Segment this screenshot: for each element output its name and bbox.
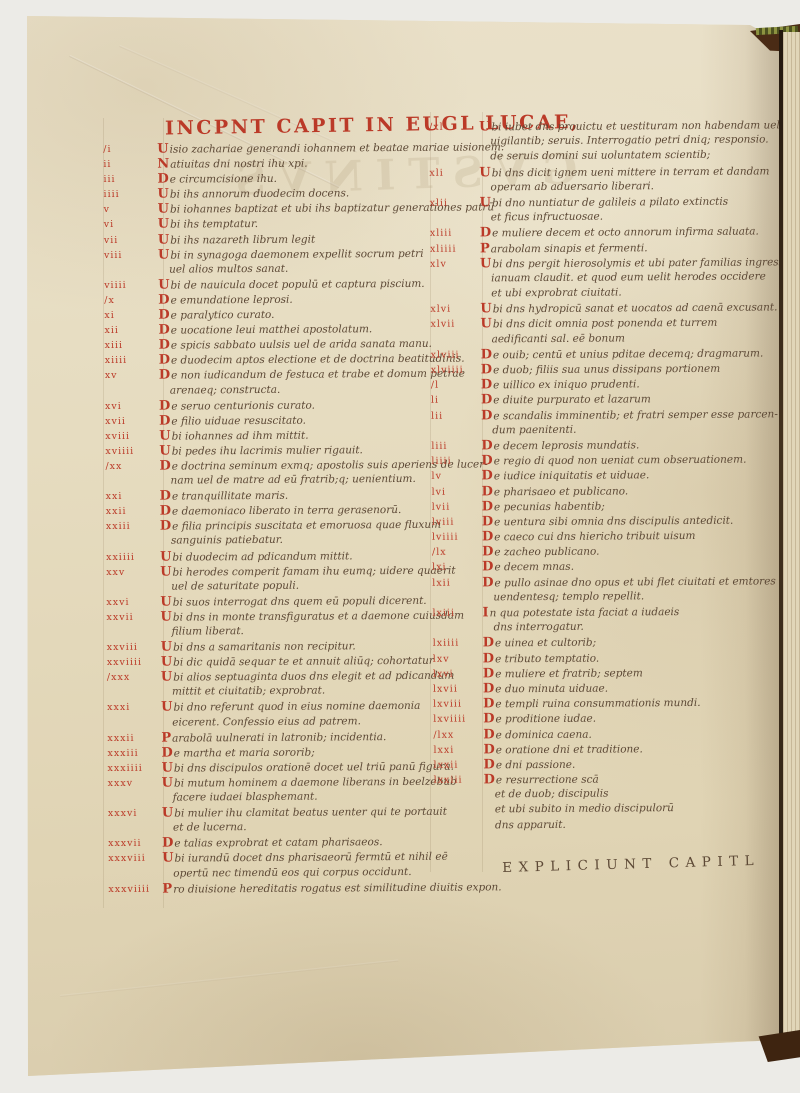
chapter-numeral: xv bbox=[105, 368, 159, 381]
page-content: GVSTINVS INCPNT CAPIT IN EUGL LUCAE, /iU… bbox=[0, 0, 800, 1093]
chapter-numeral: xxiiii bbox=[106, 549, 160, 562]
chapter-text-line: Ubi mutum hominem a daemone liberans in … bbox=[162, 773, 468, 790]
red-initial-letter: U bbox=[158, 217, 170, 232]
chapter-text: Pro diuisione hereditatis rogatus est si… bbox=[162, 879, 501, 896]
red-initial-letter: D bbox=[160, 519, 172, 534]
red-initial-letter: U bbox=[162, 851, 174, 866]
chapter-numeral: xviii bbox=[105, 428, 159, 441]
chapter-numeral: xlv bbox=[430, 256, 480, 269]
red-initial-letter: U bbox=[162, 776, 174, 791]
chapter-numeral: lvi bbox=[432, 484, 482, 497]
chapter-numeral: lxvi bbox=[433, 666, 483, 679]
chapter-numeral: xlii bbox=[430, 195, 480, 208]
red-initial-letter: D bbox=[481, 362, 493, 377]
chapter-numeral: xiii bbox=[105, 338, 159, 351]
red-initial-letter: D bbox=[483, 757, 495, 772]
red-initial-letter: U bbox=[158, 232, 170, 247]
chapter-entry: xlvUbi dns pergit hierosolymis et ubi pa… bbox=[430, 254, 790, 302]
red-initial-letter: D bbox=[159, 353, 171, 368]
chapter-text-line: dns apparuit. bbox=[484, 816, 794, 833]
red-initial-letter: D bbox=[481, 393, 493, 408]
chapter-numeral: lxi bbox=[432, 560, 482, 573]
chapter-text: De filia principis suscitata et emoruosa… bbox=[160, 517, 466, 549]
chapter-numeral: /l bbox=[431, 378, 481, 391]
chapter-numeral: xxvi bbox=[106, 594, 160, 607]
chapter-text-line: Pro diuisione hereditatis rogatus est si… bbox=[162, 879, 501, 896]
red-initial-letter: D bbox=[483, 651, 495, 666]
chapter-numeral: /xl bbox=[429, 119, 479, 132]
chapter-text: De pullo asinae dno opus et ubi flet ciu… bbox=[482, 573, 792, 606]
chapter-numeral: xxv bbox=[106, 564, 160, 577]
chapter-text: De scandalis imminentib; et fratri sempe… bbox=[481, 406, 791, 439]
red-initial-letter: D bbox=[158, 308, 170, 323]
chapter-numeral: xlvi bbox=[430, 302, 480, 315]
red-initial-letter: U bbox=[158, 202, 170, 217]
red-initial-letter: D bbox=[482, 529, 494, 544]
chapter-numeral: viii bbox=[104, 247, 158, 260]
red-initial-letter: U bbox=[160, 564, 172, 579]
red-initial-letter: D bbox=[159, 459, 171, 474]
chapter-numeral: /lxx bbox=[433, 727, 483, 740]
chapter-entry: /xxxUbi alios septuaginta duos dns elegi… bbox=[107, 668, 467, 701]
chapter-numeral: lxii bbox=[432, 575, 482, 588]
explicit-line: EXPLICIUNT CAPITL bbox=[502, 853, 760, 876]
chapter-text-line: De pullo asinae dno opus et ubi flet ciu… bbox=[482, 573, 792, 590]
chapter-entry: xxiiiDe filia principis suscitata et emo… bbox=[106, 517, 466, 550]
red-initial-letter: D bbox=[483, 727, 495, 742]
chapter-numeral: iiii bbox=[103, 187, 157, 200]
red-initial-letter: D bbox=[159, 338, 171, 353]
manuscript-photo: GVSTINVS INCPNT CAPIT IN EUGL LUCAE, /iU… bbox=[0, 0, 800, 1093]
chapter-numeral: xxxvi bbox=[108, 806, 162, 819]
chapter-numeral: lvii bbox=[432, 499, 482, 512]
chapter-entry: lxiiDe pullo asinae dno opus et ubi flet… bbox=[432, 573, 792, 606]
red-initial-letter: U bbox=[161, 670, 173, 685]
chapter-text: Ubi dns pergit hierosolymis et ubi pater… bbox=[480, 254, 796, 302]
chapter-text-line: Ubi herodes comperit famam ihu eumq; uid… bbox=[160, 562, 466, 579]
chapter-numeral: xxxv bbox=[108, 776, 162, 789]
red-initial-letter: U bbox=[160, 549, 172, 564]
chapter-text: De resurrectione scāet de duob; discipul… bbox=[484, 770, 794, 833]
chapter-entry: xxxvUbi mutum hominem a daemone liberans… bbox=[108, 773, 468, 806]
red-initial-letter: D bbox=[482, 484, 494, 499]
red-initial-letter: D bbox=[159, 368, 171, 383]
chapter-text: Ubi alios septuaginta duos dns elegit et… bbox=[161, 668, 467, 700]
chapter-numeral: xlviiii bbox=[431, 362, 481, 375]
chapter-entry: xliiUbi dno nuntiatur de galileis a pila… bbox=[430, 193, 790, 226]
red-initial-letter: D bbox=[480, 226, 492, 241]
chapter-numeral: vi bbox=[104, 217, 158, 230]
red-initial-letter: U bbox=[159, 443, 171, 458]
red-initial-letter: U bbox=[480, 317, 492, 332]
red-initial-letter: D bbox=[161, 745, 173, 760]
chapter-numeral: /xx bbox=[105, 459, 159, 472]
chapter-numeral: liii bbox=[431, 438, 481, 451]
chapter-entry: xxxviiiiPro diuisione hereditatis rogatu… bbox=[108, 879, 468, 897]
chapter-text: Ubi dno nuntiatur de galileis a pilato e… bbox=[480, 193, 790, 226]
chapter-numeral: xii bbox=[104, 323, 158, 336]
red-initial-letter: P bbox=[162, 881, 173, 896]
chapter-numeral: xxxvii bbox=[108, 836, 162, 849]
chapter-entry: xxvUbi herodes comperit famam ihu eumq; … bbox=[106, 562, 466, 595]
red-initial-letter: D bbox=[481, 378, 493, 393]
red-initial-letter: D bbox=[158, 323, 170, 338]
chapter-numeral: /xxx bbox=[107, 670, 161, 683]
red-initial-letter: U bbox=[480, 195, 492, 210]
chapter-text-line: De non iudicandum de festuca et trabe et… bbox=[159, 366, 465, 383]
chapter-numeral: lxxi bbox=[433, 742, 483, 755]
chapter-numeral: lxvii bbox=[433, 681, 483, 694]
red-initial-letter: D bbox=[482, 545, 494, 560]
chapter-entry: xxxiUbi dno referunt quod in eius nomine… bbox=[107, 698, 467, 731]
red-initial-letter: D bbox=[481, 438, 493, 453]
chapter-numeral: xviiii bbox=[105, 444, 159, 457]
chapter-entry: xliUbi dns dicit ignem ueni mittere in t… bbox=[429, 163, 789, 196]
red-initial-letter: U bbox=[162, 806, 174, 821]
chapter-text-line: De scandalis imminentib; et fratri sempe… bbox=[481, 406, 791, 423]
chapter-entry: xxxviUbi mulier ihu clamitat beatus uent… bbox=[108, 804, 468, 837]
red-initial-letter: D bbox=[162, 836, 174, 851]
red-initial-letter: P bbox=[480, 241, 491, 256]
capitula-column-right: /xlUbi iubet dns prouictu et uestituram … bbox=[429, 117, 794, 833]
chapter-numeral: lii bbox=[431, 408, 481, 421]
chapter-numeral: lviiii bbox=[432, 529, 482, 542]
red-initial-letter: D bbox=[483, 712, 495, 727]
chapter-numeral: xxviii bbox=[107, 640, 161, 653]
red-initial-letter: D bbox=[483, 742, 495, 757]
chapter-entry: /xlUbi iubet dns prouictu et uestituram … bbox=[429, 117, 789, 165]
chapter-numeral: lxiii bbox=[432, 605, 482, 618]
chapter-numeral: liiii bbox=[431, 454, 481, 467]
chapter-numeral: xli bbox=[429, 165, 479, 178]
chapter-numeral: li bbox=[431, 393, 481, 406]
red-initial-letter: D bbox=[159, 413, 171, 428]
chapter-numeral: /i bbox=[103, 142, 157, 155]
chapter-text-line: Ubi alios septuaginta duos dns elegit et… bbox=[161, 668, 467, 685]
chapter-text-line: ianuam claudit. et quod eum uelit herode… bbox=[480, 269, 796, 286]
chapter-numeral: lxviii bbox=[433, 697, 483, 710]
chapter-text: Ubi dns dicit omnia post ponenda et turr… bbox=[480, 315, 790, 348]
chapter-numeral: viiii bbox=[104, 278, 158, 291]
red-initial-letter: D bbox=[482, 560, 494, 575]
red-initial-letter: U bbox=[479, 165, 491, 180]
chapter-entry: xxviiUbi dns in monte transfiguratus et … bbox=[106, 607, 466, 640]
chapter-text-line: De filia principis suscitata et emoruosa… bbox=[160, 517, 466, 534]
chapter-numeral: xxvii bbox=[106, 610, 160, 623]
chapter-text: Ubi herodes comperit famam ihu eumq; uid… bbox=[160, 562, 466, 594]
chapter-text-line: Ubi dns dicit ignem ueni mittere in terr… bbox=[479, 163, 789, 180]
red-initial-letter: U bbox=[480, 256, 492, 271]
chapter-entry: xvDe non iudicandum de festuca et trabe … bbox=[105, 366, 465, 399]
red-initial-letter: D bbox=[482, 575, 494, 590]
chapter-numeral: lxviiii bbox=[433, 712, 483, 725]
chapter-numeral: lv bbox=[431, 469, 481, 482]
chapter-text: De non iudicandum de festuca et trabe et… bbox=[159, 366, 465, 398]
chapter-numeral: xliii bbox=[430, 226, 480, 239]
chapter-entry: /xxDe doctrina seminum exmq; apostolis s… bbox=[105, 457, 465, 490]
red-initial-letter: U bbox=[479, 119, 491, 134]
chapter-numeral: xlviii bbox=[431, 347, 481, 360]
book-fore-edge-pages bbox=[783, 32, 800, 1048]
chapter-numeral: ii bbox=[103, 157, 157, 170]
red-initial-letter: U bbox=[157, 142, 169, 157]
chapter-text: Ubi iubet dns prouictu et uestituram non… bbox=[479, 117, 796, 165]
red-initial-letter: N bbox=[157, 157, 170, 172]
red-initial-letter: D bbox=[481, 469, 493, 484]
red-initial-letter: U bbox=[161, 760, 173, 775]
chapter-text: Ubi dns dicit ignem ueni mittere in terr… bbox=[479, 163, 789, 196]
chapter-entry: lxxiiiDe resurrectione scāet de duob; di… bbox=[434, 770, 794, 833]
chapter-numeral: xi bbox=[104, 308, 158, 321]
red-initial-letter: D bbox=[483, 636, 495, 651]
chapter-numeral: xvi bbox=[105, 398, 159, 411]
red-initial-letter: U bbox=[158, 277, 170, 292]
chapter-numeral: xxi bbox=[106, 489, 160, 502]
chapter-numeral: xxii bbox=[106, 504, 160, 517]
chapter-numeral: xxxiii bbox=[107, 745, 161, 758]
red-initial-letter: U bbox=[480, 302, 492, 317]
red-initial-letter: U bbox=[161, 640, 173, 655]
chapter-numeral: lxxiii bbox=[434, 772, 484, 785]
red-initial-letter: D bbox=[481, 453, 493, 468]
red-initial-letter: D bbox=[481, 408, 493, 423]
chapter-text: In qua potestate ista faciat a iudaeisdn… bbox=[482, 603, 792, 636]
chapter-numeral: /x bbox=[104, 293, 158, 306]
red-initial-letter: D bbox=[158, 293, 170, 308]
chapter-text-line: Ubi dns in monte transfiguratus et a dae… bbox=[160, 607, 466, 624]
chapter-text: Ubi in synagoga daemonem expellit socrum… bbox=[158, 245, 464, 277]
chapter-text-line: Ubi iurandū docet dns pharisaeorū fermtū… bbox=[162, 849, 468, 866]
chapter-entry: liiDe scandalis imminentib; et fratri se… bbox=[431, 406, 791, 439]
red-initial-letter: U bbox=[159, 428, 171, 443]
chapter-text: Ubi dno referunt quod in eius nomine dae… bbox=[161, 698, 467, 730]
chapter-numeral: xxxii bbox=[107, 730, 161, 743]
chapter-numeral: xlvii bbox=[430, 317, 480, 330]
red-initial-letter: D bbox=[482, 499, 494, 514]
chapter-numeral: lxiiii bbox=[433, 636, 483, 649]
red-initial-letter: D bbox=[483, 696, 495, 711]
chapter-numeral: lxxii bbox=[433, 757, 483, 770]
chapter-numeral: vii bbox=[104, 232, 158, 245]
chapter-text-line: Ubi in synagoga daemonem expellit socrum… bbox=[158, 245, 464, 262]
red-initial-letter: U bbox=[160, 594, 172, 609]
capitula-column-left: /iUisio zachariae generandi iohannem et … bbox=[103, 140, 468, 897]
red-initial-letter: P bbox=[161, 730, 172, 745]
red-initial-letter: U bbox=[158, 247, 170, 262]
chapter-entry: lxiiiIn qua potestate ista faciat a iuda… bbox=[432, 603, 792, 636]
chapter-text-line: uigilantib; seruis. Interrogatio petri d… bbox=[479, 132, 796, 149]
red-initial-letter: U bbox=[161, 700, 173, 715]
chapter-numeral: xxxviiii bbox=[108, 881, 162, 894]
chapter-text: Ubi iurandū docet dns pharisaeorū fermtū… bbox=[162, 849, 468, 881]
red-initial-letter: D bbox=[483, 666, 495, 681]
chapter-numeral: xxxiiii bbox=[107, 761, 161, 774]
chapter-text: Ubi dns in monte transfiguratus et a dae… bbox=[160, 607, 466, 639]
chapter-numeral: lviii bbox=[432, 514, 482, 527]
chapter-numeral: xxxviii bbox=[108, 851, 162, 864]
red-initial-letter: I bbox=[482, 605, 489, 620]
chapter-numeral: xxiii bbox=[106, 519, 160, 532]
red-initial-letter: U bbox=[161, 655, 173, 670]
chapter-numeral: xxxi bbox=[107, 700, 161, 713]
chapter-text-line: Ubi mulier ihu clamitat beatus uenter qu… bbox=[162, 804, 468, 821]
chapter-numeral: iii bbox=[103, 172, 157, 185]
red-initial-letter: D bbox=[157, 172, 169, 187]
chapter-numeral: xvii bbox=[105, 413, 159, 426]
chapter-numeral: /lx bbox=[432, 545, 482, 558]
chapter-entry: xxxviiiUbi iurandū docet dns pharisaeorū… bbox=[108, 849, 468, 882]
chapter-numeral: xxviiii bbox=[107, 655, 161, 668]
chapter-text: Ubi mulier ihu clamitat beatus uenter qu… bbox=[162, 804, 468, 836]
chapter-entry: viiiUbi in synagoga daemonem expellit so… bbox=[104, 245, 464, 278]
red-initial-letter: D bbox=[160, 489, 172, 504]
chapter-numeral: xiiii bbox=[105, 353, 159, 366]
red-initial-letter: D bbox=[484, 772, 496, 787]
chapter-entry: xlviiUbi dns dicit omnia post ponenda et… bbox=[430, 315, 790, 348]
chapter-numeral: lxv bbox=[433, 651, 483, 664]
chapter-numeral: v bbox=[104, 202, 158, 215]
red-initial-letter: U bbox=[160, 609, 172, 624]
chapter-text: Ubi mutum hominem a daemone liberans in … bbox=[162, 773, 468, 805]
chapter-numeral: xliiii bbox=[430, 241, 480, 254]
red-initial-letter: D bbox=[160, 504, 172, 519]
red-initial-letter: D bbox=[159, 398, 171, 413]
red-initial-letter: U bbox=[157, 187, 169, 202]
red-initial-letter: D bbox=[482, 514, 494, 529]
red-initial-letter: D bbox=[483, 681, 495, 696]
red-initial-letter: D bbox=[481, 347, 493, 362]
